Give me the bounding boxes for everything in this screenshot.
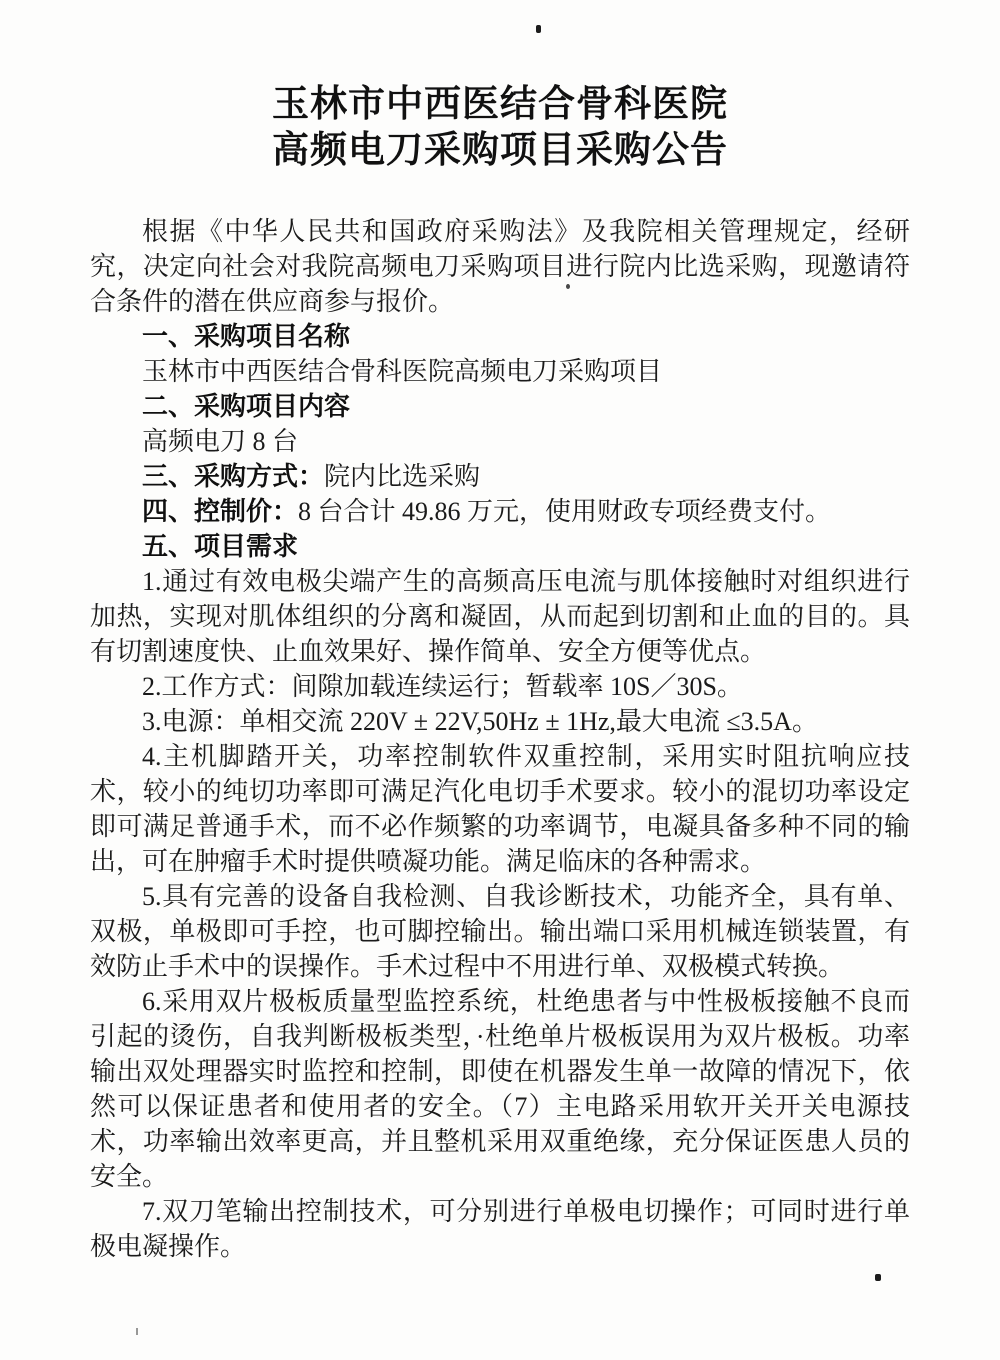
document-title: 玉林市中西医结合骨科医院 高频电刀采购项目采购公告	[90, 82, 910, 174]
section-2-body: 高频电刀 8 台	[90, 424, 910, 459]
requirement-item-1: 1.通过有效电极尖端产生的高频高压电流与肌体接触时对组织进行加热，实现对肌体组织…	[90, 564, 910, 669]
requirement-item-2: 2.工作方式：间隙加载连续运行；暂载率 10S／30S。	[90, 669, 910, 704]
requirement-item-3: 3.电源：单相交流 220V ± 22V,50Hz ± 1Hz,最大电流 ≤3.…	[90, 704, 910, 739]
scan-noise-dot	[536, 25, 541, 33]
requirement-item-6: 6.采用双片极板质量型监控系统，杜绝患者与中性极板接触不良而引起的烫伤，自我判断…	[90, 984, 910, 1194]
requirement-item-7: 7.双刀笔输出控制技术，可分别进行单极电切操作；可同时进行单极电凝操作。	[90, 1194, 910, 1264]
section-1-heading: 一、采购项目名称	[90, 319, 910, 354]
section-3-line: 三、采购方式：院内比选采购	[90, 459, 910, 494]
section-4-label: 四、控制价：	[142, 496, 298, 526]
document-content: 玉林市中西医结合骨科医院 高频电刀采购项目采购公告 根据《中华人民共和国政府采购…	[90, 82, 910, 1264]
title-line-1: 玉林市中西医结合骨科医院	[90, 82, 910, 128]
section-4-value: 8 台合计 49.86 万元，使用财政专项经费支付。	[298, 497, 831, 526]
title-line-2: 高频电刀采购项目采购公告	[90, 128, 910, 174]
intro-paragraph: 根据《中华人民共和国政府采购法》及我院相关管理规定，经研究，决定向社会对我院高频…	[90, 214, 910, 319]
requirement-item-4: 4.主机脚踏开关，功率控制软件双重控制，采用实时阻抗响应技术，较小的纯切功率即可…	[90, 739, 910, 879]
section-2-heading: 二、采购项目内容	[90, 389, 910, 424]
requirement-item-5: 5.具有完善的设备自我检测、自我诊断技术，功能齐全，具有单、双极，单极即可手控，…	[90, 879, 910, 984]
scanned-document-page: 玉林市中西医结合骨科医院 高频电刀采购项目采购公告 根据《中华人民共和国政府采购…	[0, 0, 1000, 1360]
section-3-value: 院内比选采购	[324, 462, 480, 491]
scan-noise-dot	[875, 1274, 881, 1281]
section-5-heading: 五、项目需求	[90, 529, 910, 564]
section-3-label: 三、采购方式：	[142, 461, 324, 491]
scan-noise-dot	[136, 1328, 138, 1335]
section-1-body: 玉林市中西医结合骨科医院高频电刀采购项目	[90, 354, 910, 389]
section-4-line: 四、控制价：8 台合计 49.86 万元，使用财政专项经费支付。	[90, 494, 910, 529]
scan-noise-dot	[566, 284, 570, 289]
